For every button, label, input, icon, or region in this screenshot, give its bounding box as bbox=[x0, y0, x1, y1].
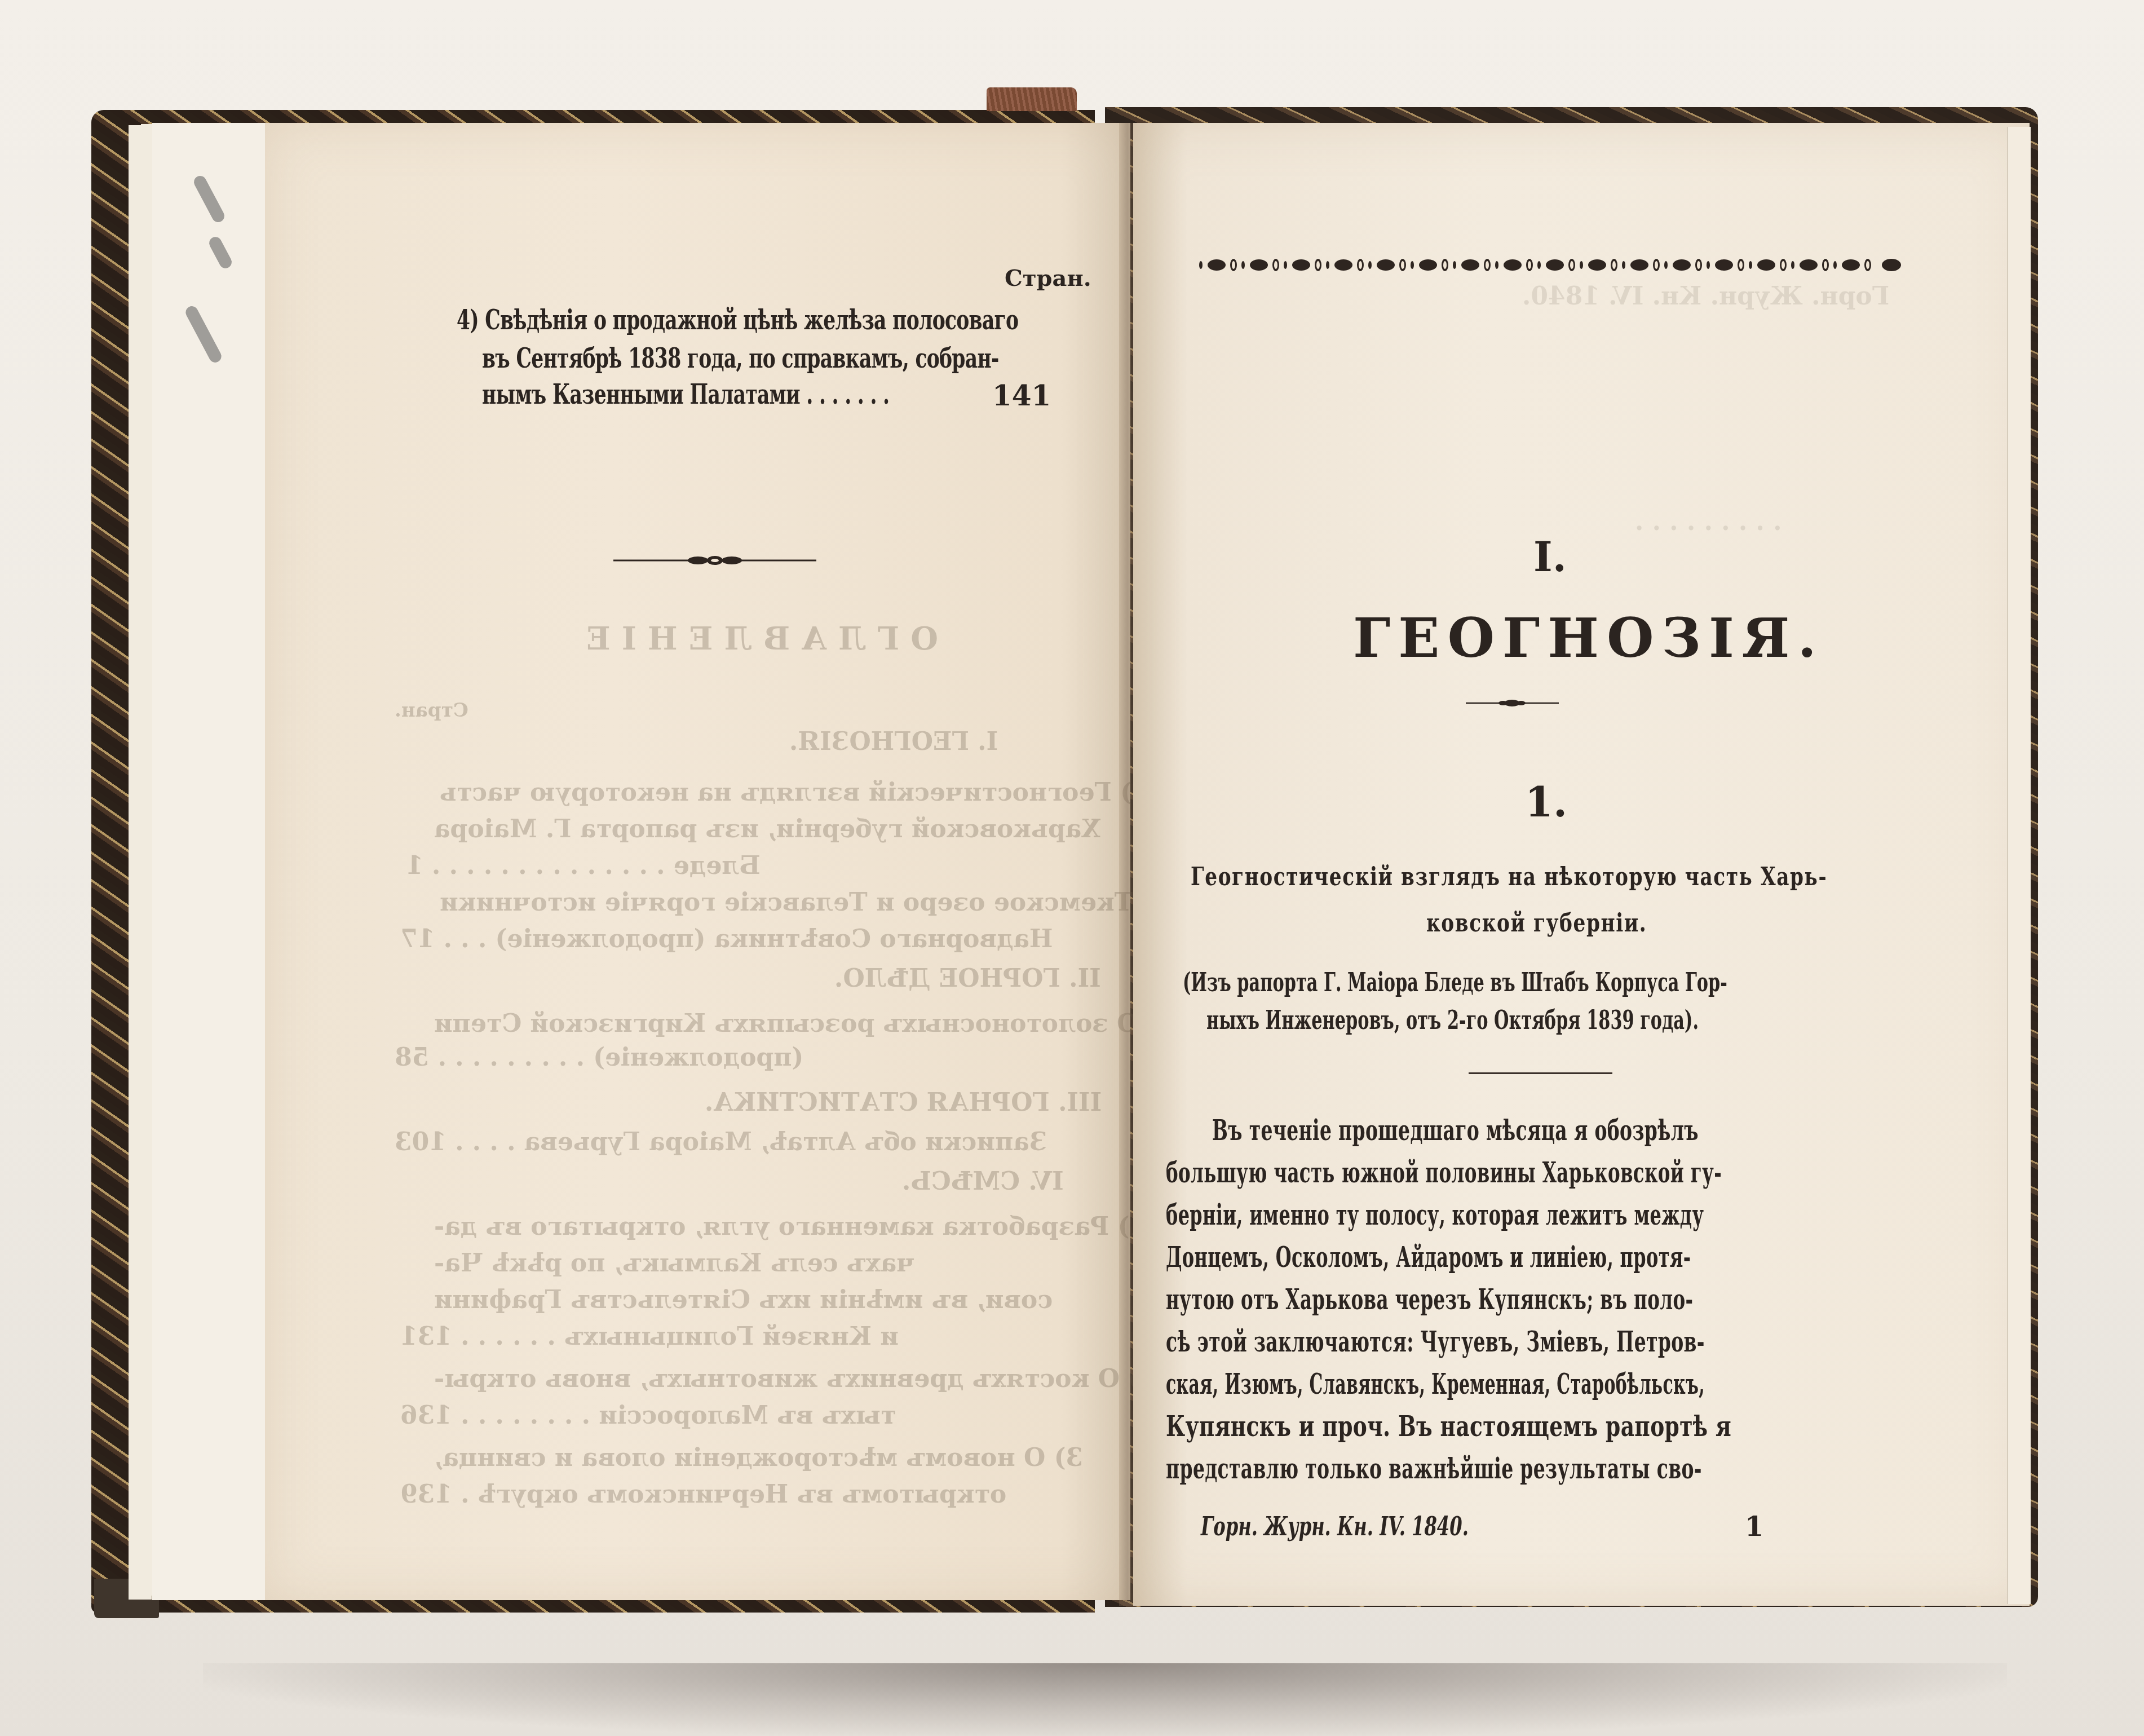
toc-entry-text: нымъ Казенными Палатами . . . . . . . bbox=[482, 379, 889, 410]
toc-entry-text: въ Сентябрѣ 1838 года, по справкамъ, соб… bbox=[482, 343, 999, 374]
toc-entry-line: нымъ Казенными Палатами . . . . . . . bbox=[482, 379, 1047, 410]
ghost-line: (продолженіе) . . . . . . . . . 58 bbox=[395, 1043, 803, 1072]
section-title: ГЕОГНОЗІЯ. bbox=[1353, 606, 1824, 670]
ghost-line: Бледе . . . . . . . . . . . . . . 1 bbox=[406, 851, 761, 880]
ghost-line: II. ГОРНОЕ ДѢЛО. bbox=[834, 964, 1101, 993]
body-text-line: нутою отъ Харькова черезъ Купянскъ; въ п… bbox=[1166, 1283, 1977, 1316]
body-text: Купянскъ и проч. Въ настоящемъ рапортѣ я bbox=[1166, 1410, 1731, 1443]
ghost-heading: ОГЛАВЛЕНІЕ bbox=[575, 620, 938, 657]
ghost-line: 3) О новомъ мѣсторожденіи олова и свинца… bbox=[434, 1443, 1083, 1472]
source-note-text: ныхъ Инженеровъ, отъ 2-го Октября 1839 г… bbox=[1206, 1005, 1699, 1035]
body-text: ская, Изюмъ, Славянскъ, Кременная, Старо… bbox=[1166, 1367, 1705, 1401]
ghost-line: 2) О костяхъ древнихъ животныхъ, вновь о… bbox=[434, 1364, 1157, 1393]
source-note-line: ныхъ Инженеровъ, отъ 2-го Октября 1839 г… bbox=[1206, 1005, 1952, 1035]
ornament-border-icon bbox=[1195, 257, 1906, 273]
pencil-mark bbox=[192, 174, 227, 224]
sheet-number: 1 bbox=[1745, 1511, 1763, 1543]
ghost-line: I. ГЕОГНОЗІЯ. bbox=[789, 727, 998, 756]
body-text-line: представлю только важнѣйшіе результаты с… bbox=[1166, 1452, 1978, 1485]
article-number: 1. bbox=[1525, 778, 1567, 826]
ghost-line: чахъ селъ Калмыкъ, по рѣкѣ Ча- bbox=[434, 1249, 915, 1278]
body-text: Донцемъ, Осколомъ, Айдаромъ и линіею, пр… bbox=[1166, 1240, 1691, 1274]
ornament-divider-icon bbox=[1466, 699, 1559, 707]
ghost-line: 1) Геогностическій взглядъ на некоторую … bbox=[440, 778, 1150, 807]
body-text-line: сѣ этой заключаются: Чугуевъ, Зміевъ, Пе… bbox=[1166, 1325, 1982, 1358]
ghost-line: Надворнаго Совѣтника (продолженіе) . . .… bbox=[400, 925, 1053, 953]
horizontal-rule bbox=[1469, 1072, 1612, 1074]
body-text-line: большую часть южной половины Харьковской… bbox=[1166, 1156, 2021, 1189]
body-text-line: Купянскъ и проч. Въ настоящемъ рапортѣ я bbox=[1166, 1410, 1920, 1443]
body-text-line: Въ теченіе прошедшаго мѣсяца я обозрѣлъ bbox=[1212, 1114, 1950, 1147]
signature-text: Горн. Журн. Кн. IV. 1840. bbox=[1201, 1511, 1469, 1541]
body-text: большую часть южной половины Харьковской… bbox=[1166, 1156, 1722, 1189]
ghost-line: открытомъ въ Нерчинскомъ округѣ . 139 bbox=[400, 1480, 1006, 1509]
column-header-page: Стран. bbox=[1005, 265, 1091, 291]
body-text-line: Донцемъ, Осколомъ, Айдаромъ и линіею, пр… bbox=[1166, 1240, 1986, 1274]
ghost-line: 1) Разработка каменнаго угля, открытаго … bbox=[434, 1212, 1147, 1241]
body-text: Въ теченіе прошедшаго мѣсяца я обозрѣлъ bbox=[1212, 1114, 1699, 1147]
article-title-line: ковской губерніи. bbox=[1426, 909, 1709, 938]
body-text-line: ская, Изюмъ, Славянскъ, Кременная, Старо… bbox=[1166, 1367, 2065, 1401]
body-text: берніи, именно ту полосу, которая лежитъ… bbox=[1166, 1198, 1704, 1231]
ghost-line: 2) Ткемское озеро и Телавскіе горячіе ис… bbox=[440, 888, 1170, 917]
ornament-divider-icon bbox=[613, 555, 816, 566]
ghost-line: сови, въ имѣніи ихъ Сіятельствъ Графини bbox=[434, 1286, 1053, 1314]
toc-entry-text: 4) Свѣдѣнія о продажной цѣнѣ желѣза поло… bbox=[457, 304, 1018, 336]
ghost-line: тыхъ въ Малороссіи . . . . . . . . 136 bbox=[400, 1401, 896, 1430]
body-text-line: берніи, именно ту полосу, которая лежитъ… bbox=[1166, 1198, 2006, 1231]
article-title-line: Геогностическій взглядъ на нѣкоторую час… bbox=[1191, 863, 2007, 891]
book-shadow bbox=[203, 1663, 2007, 1736]
toc-entry-line: въ Сентябрѣ 1838 года, по справкамъ, соб… bbox=[482, 343, 1200, 374]
ghost-line: и Князей Голицыныхъ . . . . . . 131 bbox=[400, 1322, 899, 1351]
ghost-line: О золотоносныхъ розсыпяхъ Киргизской Сте… bbox=[434, 1009, 1138, 1038]
flyleaf bbox=[152, 123, 266, 1600]
ghost-line: Записки объ Алтаѣ, Маіора Гурьева . . . … bbox=[395, 1128, 1047, 1156]
article-title-text: ковской губерніи. bbox=[1426, 909, 1647, 938]
ghost-line: IV. СМѢСЬ. bbox=[902, 1167, 1064, 1196]
body-text: нутою отъ Харькова черезъ Купянскъ; въ п… bbox=[1166, 1283, 1693, 1316]
signature-mark: Горн. Журн. Кн. IV. 1840. bbox=[1201, 1511, 1583, 1541]
article-title-text: Геогностическій взглядъ на нѣкоторую час… bbox=[1191, 863, 1827, 891]
section-roman-numeral: I. bbox=[1533, 533, 1567, 581]
body-text: представлю только важнѣйшіе результаты с… bbox=[1166, 1452, 1702, 1485]
body-text: сѣ этой заключаются: Чугуевъ, Зміевъ, Пе… bbox=[1166, 1325, 1705, 1358]
spine-headband bbox=[987, 87, 1077, 111]
pencil-mark bbox=[183, 304, 223, 364]
ghost-column-header: Стран. bbox=[395, 699, 468, 722]
pencil-mark bbox=[207, 235, 234, 270]
source-note-text: (Изъ рапорта Г. Маіора Бледе въ Штабъ Ко… bbox=[1183, 967, 1727, 997]
source-note-line: (Изъ рапорта Г. Маіора Бледе въ Штабъ Ко… bbox=[1183, 967, 2008, 997]
ghost-line: Харьковской губерніи, изъ рапорта Г. Маі… bbox=[434, 815, 1100, 843]
ghost-line: III. ГОРНАЯ СТАТИСТИКА. bbox=[705, 1088, 1102, 1117]
toc-page-number: 141 bbox=[992, 379, 1051, 412]
